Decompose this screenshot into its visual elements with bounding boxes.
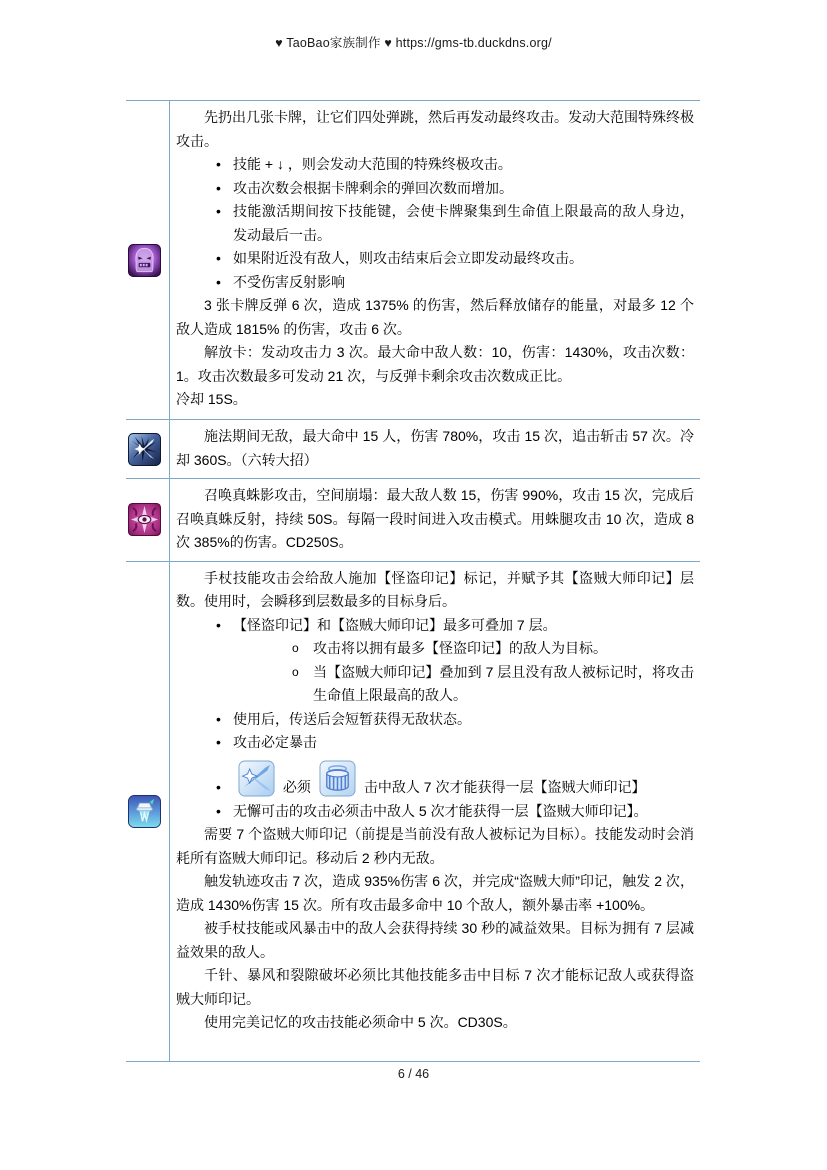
bullet-item: •如果附近没有敌人，则攻击结束后会立即发动最终攻击。 (176, 247, 694, 271)
bullet-glyph: • (216, 177, 221, 201)
bullet-text: 如果附近没有敌人，则攻击结束后会立即发动最终攻击。 (233, 250, 583, 266)
paragraph: 被手杖技能或风暴击中的敌人会获得持续 30 秒的减益效果。目标为拥有 7 层减益… (176, 917, 694, 964)
bullet-glyph: • (216, 614, 221, 638)
document-page: ♥ TaoBao家族制作 ♥ https://gms-tb.duckdns.or… (0, 0, 827, 1170)
skill-icon-cell (126, 479, 170, 561)
page-header: ♥ TaoBao家族制作 ♥ https://gms-tb.duckdns.or… (0, 33, 827, 51)
bullet-glyph: o (292, 661, 299, 685)
bullet-glyph: • (216, 200, 221, 224)
bullet-text: 无懈可击的攻击必须击中敌人 5 次才能获得一层【盗贼大师印记】。 (233, 803, 648, 819)
bullet-glyph: o (292, 637, 299, 661)
bullet-text: 攻击必定暴击 (233, 734, 317, 750)
dark-flash-slash-skill-icon (128, 433, 161, 466)
table-row: 手杖技能攻击会给敌人施加【怪盗印记】标记，并赋予其【盗贼大师印记】层数。使用时，… (126, 562, 700, 1062)
skill-table: 先扔出几张卡牌，让它们四处弹跳，然后再发动最终攻击。发动大范围特殊终极攻击。•技… (126, 100, 700, 1062)
card-mask-skill-icon (128, 244, 161, 277)
bullet-text: 攻击次数会根据卡牌剩余的弹回次数而增加。 (233, 180, 513, 196)
paragraph: 先扔出几张卡牌，让它们四处弹跳，然后再发动最终攻击。发动大范围特殊终极攻击。 (176, 106, 694, 153)
skill-icon-cell (126, 101, 170, 419)
paragraph: 3 张卡牌反弹 6 次，造成 1375% 的伤害，然后释放储存的能量，对最多 1… (176, 294, 694, 341)
bullet-text: 技能 + ↓ ，则会发动大范围的特殊终极攻击。 (233, 156, 512, 172)
bullet-text: 当【盗贼大师印记】叠加到 7 层且没有敌人被标记时，将攻击生命值上限最高的敌人。 (313, 664, 694, 704)
paragraph: 冷却 15S。 (176, 388, 694, 412)
paragraph: 千针、暴风和裂隙破坏必须比其他技能多击中目标 7 次才能标记敌人或获得盗贼大师印… (176, 964, 694, 1011)
sub-bullet-item: o当【盗贼大师印记】叠加到 7 层且没有敌人被标记时，将攻击生命值上限最高的敌人… (176, 661, 694, 708)
bullet-glyph: • (216, 271, 221, 295)
star-slash-skill-icon (238, 760, 275, 797)
bullet-item-with-icons: •必须击中敌人 7 次才能获得一层【盗贼大师印记】 (176, 760, 694, 797)
bullet-item: •攻击次数会根据卡牌剩余的弹回次数而增加。 (176, 177, 694, 201)
paragraph: 召唤真蛛影攻击，空间崩塌：最大敌人数 15，伤害 990%，攻击 15 次，完成… (176, 484, 694, 555)
bullet-item: •【怪盗印记】和【盗贼大师印记】最多可叠加 7 层。 (176, 614, 694, 638)
skill-description-cell: 召唤真蛛影攻击，空间崩塌：最大敌人数 15，伤害 990%，攻击 15 次，完成… (170, 479, 700, 561)
page-number: 6 / 46 (0, 1067, 827, 1081)
bullet-item: •无懈可击的攻击必须击中敌人 5 次才能获得一层【盗贼大师印记】。 (176, 800, 694, 824)
bullet-text: 不受伤害反射影响 (233, 274, 345, 290)
bullet-glyph: • (216, 708, 221, 732)
bullet-text: 【怪盗印记】和【盗贼大师印记】最多可叠加 7 层。 (233, 617, 557, 633)
bullet-text: 攻击将以拥有最多【怪盗印记】的敌人为目标。 (313, 640, 607, 656)
bullet-glyph: • (216, 731, 221, 755)
paragraph: 触发轨迹攻击 7 次，造成 935%伤害 6 次，并完成“盗贼大师”印记，触发 … (176, 870, 694, 917)
bullet-item: •使用后，传送后会短暂获得无敌状态。 (176, 708, 694, 732)
bullet-item: •不受伤害反射影响 (176, 271, 694, 295)
paragraph: 需要 7 个盗贼大师印记（前提是当前没有敌人被标记为目标）。技能发动时会消耗所有… (176, 823, 694, 870)
bullet-item: •技能 + ↓ ，则会发动大范围的特殊终极攻击。 (176, 153, 694, 177)
table-row: 施法期间无敌，最大命中 15 人，伤害 780%，攻击 15 次，追击斩击 57… (126, 420, 700, 479)
skill-description-cell: 先扔出几张卡牌，让它们四处弹跳，然后再发动最终攻击。发动大范围特殊终极攻击。•技… (170, 101, 700, 419)
bullet-text: 技能激活期间按下技能键，会使卡牌聚集到生命值上限最高的敌人身边，发动最后一击。 (233, 203, 694, 243)
bullet-glyph: • (216, 247, 221, 271)
table-row: 召唤真蛛影攻击，空间崩塌：最大敌人数 15，伤害 990%，攻击 15 次，完成… (126, 479, 700, 562)
bullet-glyph: • (216, 777, 221, 797)
bullet-glyph: • (216, 153, 221, 177)
bullet-text: 使用后，传送后会短暂获得无敌状态。 (233, 711, 471, 727)
spider-eye-mark-skill-icon (128, 503, 161, 536)
bullet-item: •技能激活期间按下技能键，会使卡牌聚集到生命值上限最高的敌人身边，发动最后一击。 (176, 200, 694, 247)
table-row: 先扔出几张卡牌，让它们四处弹跳，然后再发动最终攻击。发动大范围特殊终极攻击。•技… (126, 101, 700, 420)
sub-bullet-item: o攻击将以拥有最多【怪盗印记】的敌人为目标。 (176, 637, 694, 661)
skill-description-cell: 施法期间无敌，最大命中 15 人，伤害 780%，攻击 15 次，追击斩击 57… (170, 420, 700, 478)
paragraph: 使用完美记忆的攻击技能必须命中 5 次。CD30S。 (176, 1011, 694, 1035)
bullet-text: 击中敌人 7 次才能获得一层【盗贼大师印记】 (364, 777, 646, 797)
thief-master-hat-skill-icon (128, 795, 161, 828)
bullet-item: •攻击必定暴击 (176, 731, 694, 755)
bullet-glyph: • (216, 800, 221, 824)
paragraph: 解放卡：发动攻击力 3 次。最大命中敌人数：10，伤害：1430%，攻击次数：1… (176, 341, 694, 388)
paragraph: 施法期间无敌，最大命中 15 人，伤害 780%，攻击 15 次，追击斩击 57… (176, 425, 694, 472)
bullet-text: 必须 (283, 777, 311, 797)
skill-description-cell: 手杖技能攻击会给敌人施加【怪盗印记】标记，并赋予其【盗贼大师印记】层数。使用时，… (170, 562, 700, 1061)
skill-icon-cell (126, 562, 170, 1061)
skill-icon-cell (126, 420, 170, 478)
paragraph: 手杖技能攻击会给敌人施加【怪盗印记】标记，并赋予其【盗贼大师印记】层数。使用时，… (176, 567, 694, 614)
energy-cage-skill-icon (319, 760, 356, 797)
